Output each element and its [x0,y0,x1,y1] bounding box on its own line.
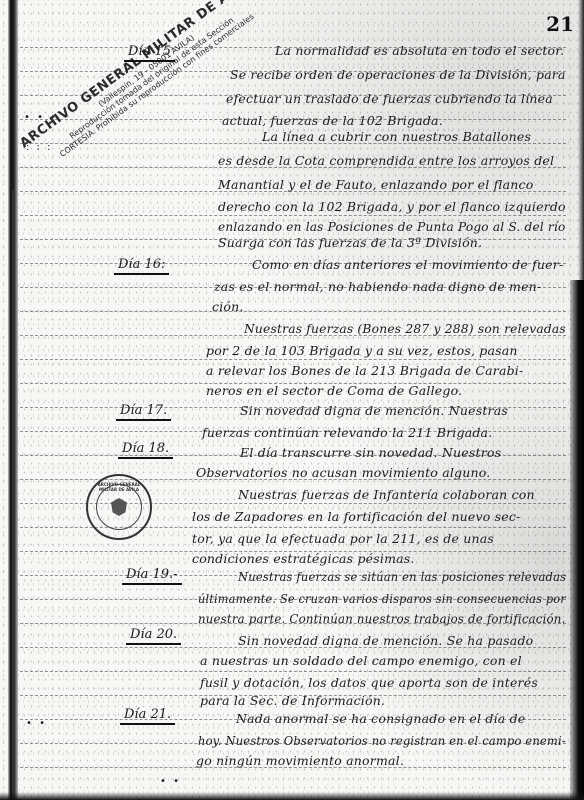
ink-dots: • • [160,776,181,787]
entry-line: Se recibe orden de operaciones de la Div… [230,68,566,82]
coat-of-arms-icon [111,498,127,516]
archive-stamp: ARCHIVO GENERAL MILITAR DE AVILA [86,474,152,540]
day-label-15: Día 15 [124,45,175,62]
page-number: 21 [546,12,574,36]
bottom-edge-shadow [0,792,584,800]
entry-line: Sin novedad digna de mención. Se ha pasa… [238,634,533,648]
entry-line: neros en el sector de Coma de Gallego. [206,384,462,398]
entry-line: efectuar un traslado de fuerzas cubriend… [226,92,553,106]
day-label-17: Día 17. [116,404,171,421]
entry-line: Nuestras fuerzas de Infantería colaboran… [238,488,535,502]
entry-line: por 2 de la 103 Brigada y a su vez, esto… [206,344,518,358]
ink-dots: • • [26,718,47,729]
entry-line: Como en días anteriores el movimiento de… [252,258,563,272]
entry-line: La normalidad es absoluta en todo el sec… [275,44,564,58]
entry-line: nuestra parte. Continúan nuestros trabaj… [198,612,566,626]
entry-line: Observatorios no acusan movimiento algun… [196,466,490,480]
ruled-line [20,671,566,672]
entry-line: Nuestras fuerzas se sitúan en las posici… [238,570,566,584]
entry-line: Nada anormal se ha consignado en el día … [236,712,525,726]
ruled-line [20,215,566,216]
entry-line: enlazando en las Posiciones de Punta Pog… [218,220,565,234]
day-label-21: Día 21. [120,708,175,725]
entry-line: zas es el normal, no habiendo nada digno… [214,280,541,294]
entry-line: La línea a cubrir con nuestros Batallone… [262,130,531,144]
entry-line: Sin novedad digna de mención. Nuestras [240,404,508,418]
entry-line: fusil y dotación, los datos que aporta s… [200,676,538,690]
entry-line: últimamente. Se cruzan varios disparos s… [198,592,566,606]
ruled-line [20,311,566,312]
stamp-text: ARCHIVO GENERAL MILITAR DE AVILA [88,482,150,492]
entry-line: fuerzas continúan relevando la 211 Briga… [202,426,492,440]
day-label-16: Día 16: [114,258,169,275]
entry-line: actual, fuerzas de la 102 Brigada. [222,114,443,128]
entry-line: a relevar los Bones de la 213 Brigada de… [206,364,523,378]
entry-line: condiciones estratégicas pésimas. [192,552,415,566]
entry-line: derecho con la 102 Brigada, y por el fla… [218,200,566,214]
watermark-courtesy: CORTESIA. Prohibida su reproducción con … [38,0,277,174]
ruled-line [20,359,566,360]
entry-line: a nuestras un soldado del campo enemigo,… [200,654,522,668]
entry-line: hoy. Nuestros Observatorios no registran… [198,734,566,748]
entry-line: es desde la Cota comprendida entre los a… [218,154,554,168]
entry-line: tor, ya que la efectuada por la 211, es … [192,532,494,546]
entry-line: Suarga con las fuerzas de la 3ª División… [218,236,482,250]
left-binding-line [12,190,15,800]
entry-line: El día transcurre sin novedad. Nuestros [240,446,501,460]
entry-line: para la Sec. de Información. [200,694,385,708]
archive-watermark: ARCHIVO GENERAL MILITAR DE AVILA (Valles… [18,0,277,174]
document-page: 21 • • • : : : • • • • ARCHIVO GENERAL M… [0,0,584,800]
day-label-18: Día 18. [118,442,173,459]
day-label-19: Día 19.- [122,568,182,585]
entry-line: los de Zapadores en la fortificación del… [192,510,520,524]
right-edge-shadow [578,0,584,280]
entry-line: go ningún movimiento anormal. [196,754,404,768]
entry-line: Manantial y el de Fauto, enlazando por e… [218,178,533,192]
entry-line: ción. [212,300,244,314]
day-label-20: Día 20. [126,628,181,645]
entry-line: Nuestras fuerzas (Bones 287 y 288) son r… [244,322,566,336]
right-edge-shadow [570,280,584,800]
